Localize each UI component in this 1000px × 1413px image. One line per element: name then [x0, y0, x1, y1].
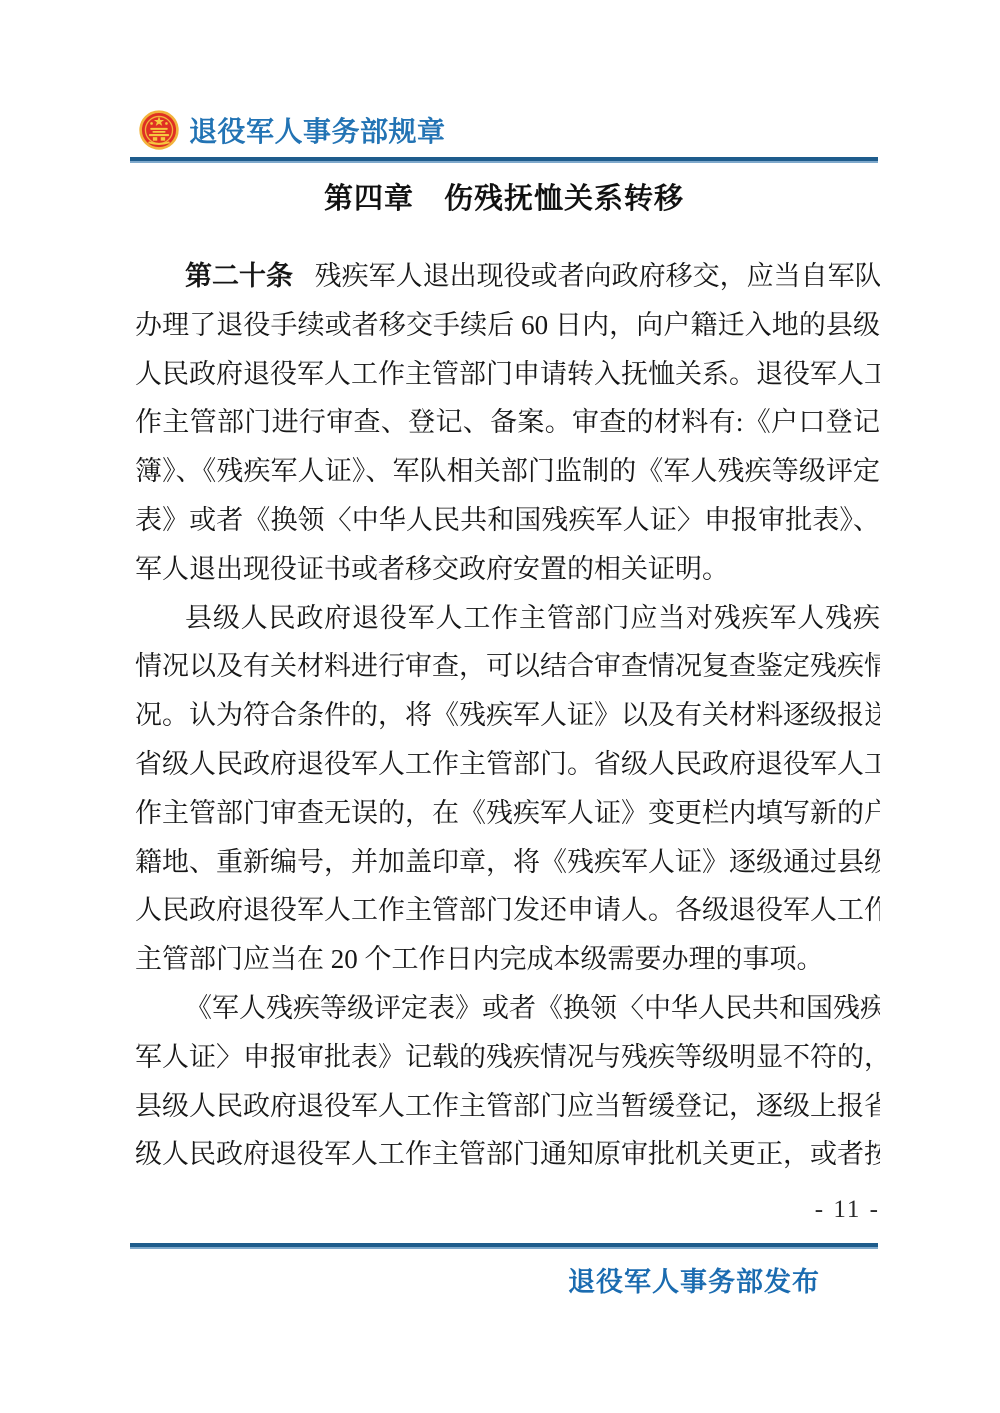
text-line: 第二十条残疾军人退出现役或者向政府移交，应当自军队	[135, 252, 880, 301]
text-line: 军人证〉申报审批表》记载的残疾情况与残疾等级明显不符的，	[135, 1033, 880, 1082]
text-line: 籍地、重新编号，并加盖印章，将《残疾军人证》逐级通过县级	[135, 838, 880, 887]
text-line: 军人退出现役证书或者移交政府安置的相关证明。	[135, 545, 880, 594]
text-line: 作主管部门进行审查、登记、备案。审查的材料有:《户口登记	[135, 398, 880, 447]
text-line: 主管部门应当在 20 个工作日内完成本级需要办理的事项。	[135, 935, 880, 984]
text-line: 办理了退役手续或者移交手续后 60 日内，向户籍迁入地的县级	[135, 301, 880, 350]
text-line: 况。认为符合条件的，将《残疾军人证》以及有关材料逐级报送	[135, 691, 880, 740]
footer-divider	[130, 1243, 878, 1249]
text-line: 情况以及有关材料进行审查，可以结合审查情况复查鉴定残疾情	[135, 642, 880, 691]
page-number: - 11 -	[135, 1196, 880, 1224]
text-line: 表》或者《换领〈中华人民共和国残疾军人证〉申报审批表》、	[135, 496, 880, 545]
chapter-title: 第四章 伤残抚恤关系转移	[130, 176, 878, 217]
header-title: 退役军人事务部规章	[189, 110, 446, 150]
text-line: 级人民政府退役军人工作主管部门通知原审批机关更正，或者按	[135, 1130, 880, 1179]
header-divider	[130, 157, 878, 163]
article-body: 第二十条残疾军人退出现役或者向政府移交，应当自军队办理了退役手续或者移交手续后 …	[135, 252, 880, 1179]
text-line: 人民政府退役军人工作主管部门发还申请人。各级退役军人工作	[135, 886, 880, 935]
page-header: 退役军人事务部规章	[138, 106, 446, 154]
text-line: 县级人民政府退役军人工作主管部门应当暂缓登记，逐级上报省	[135, 1082, 880, 1131]
publisher-label: 退役军人事务部发布	[135, 1260, 820, 1299]
text-line: 作主管部门审查无误的，在《残疾军人证》变更栏内填写新的户	[135, 789, 880, 838]
article-number: 第二十条	[185, 261, 293, 291]
text-line: 簿》、《残疾军人证》、军队相关部门监制的《军人残疾等级评定	[135, 447, 880, 496]
document-page: 退役军人事务部规章 第四章 伤残抚恤关系转移 第二十条残疾军人退出现役或者向政府…	[0, 0, 1000, 1413]
text-line: 县级人民政府退役军人工作主管部门应当对残疾军人残疾	[135, 594, 880, 643]
text-line: 人民政府退役军人工作主管部门申请转入抚恤关系。退役军人工	[135, 350, 880, 399]
national-emblem-icon	[138, 109, 180, 151]
text-line: 省级人民政府退役军人工作主管部门。省级人民政府退役军人工	[135, 740, 880, 789]
text-line: 《军人残疾等级评定表》或者《换领〈中华人民共和国残疾	[135, 984, 880, 1033]
